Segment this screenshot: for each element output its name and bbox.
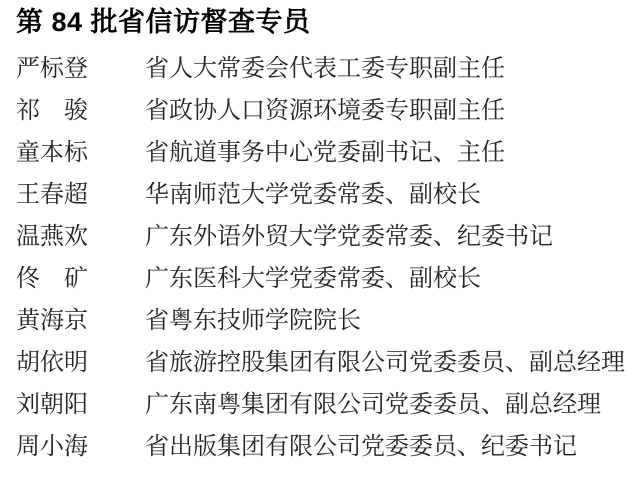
person-position: 省出版集团有限公司党委委员、纪委书记 <box>145 433 577 461</box>
roster-row: 周小海 省出版集团有限公司党委委员、纪委书记 <box>16 426 630 468</box>
person-name: 刘朝阳 <box>16 391 96 419</box>
person-position: 省政协人口资源环境委专职副主任 <box>145 97 505 125</box>
person-position: 省航道事务中心党委副书记、主任 <box>145 139 505 167</box>
person-name: 温燕欢 <box>16 223 96 251</box>
roster-row: 温燕欢 广东外语外贸大学党委常委、纪委书记 <box>16 216 630 258</box>
person-name: 祁 骏 <box>16 97 96 125</box>
person-name: 严标登 <box>16 55 96 83</box>
person-position: 广东医科大学党委常委、副校长 <box>145 265 481 293</box>
person-position: 广东外语外贸大学党委常委、纪委书记 <box>145 223 553 251</box>
person-name: 周小海 <box>16 433 96 461</box>
person-position: 省人大常委会代表工委专职副主任 <box>145 55 505 83</box>
page-title: 第 84 批省信访督查专员 <box>16 6 630 38</box>
roster-row: 黄海京 省粤东技师学院院长 <box>16 300 630 342</box>
roster-row: 祁 骏 省政协人口资源环境委专职副主任 <box>16 90 630 132</box>
person-position: 省旅游控股集团有限公司党委委员、副总经理 <box>145 349 625 377</box>
person-name: 黄海京 <box>16 307 96 335</box>
person-name: 胡依明 <box>16 349 96 377</box>
person-position: 华南师范大学党委常委、副校长 <box>145 181 481 209</box>
person-name: 佟 矿 <box>16 265 96 293</box>
person-name: 童本标 <box>16 139 96 167</box>
person-name: 王春超 <box>16 181 96 209</box>
roster-row: 刘朝阳 广东南粤集团有限公司党委委员、副总经理 <box>16 384 630 426</box>
roster-row: 童本标 省航道事务中心党委副书记、主任 <box>16 132 630 174</box>
roster-row: 佟 矿 广东医科大学党委常委、副校长 <box>16 258 630 300</box>
roster-page: 第 84 批省信访督查专员 严标登 省人大常委会代表工委专职副主任 祁 骏 省政… <box>0 0 640 479</box>
person-position: 省粤东技师学院院长 <box>145 307 361 335</box>
roster-row: 王春超 华南师范大学党委常委、副校长 <box>16 174 630 216</box>
roster-row: 胡依明 省旅游控股集团有限公司党委委员、副总经理 <box>16 342 630 384</box>
roster-row: 严标登 省人大常委会代表工委专职副主任 <box>16 48 630 90</box>
person-position: 广东南粤集团有限公司党委委员、副总经理 <box>145 391 601 419</box>
roster-list: 严标登 省人大常委会代表工委专职副主任 祁 骏 省政协人口资源环境委专职副主任 … <box>16 48 630 468</box>
